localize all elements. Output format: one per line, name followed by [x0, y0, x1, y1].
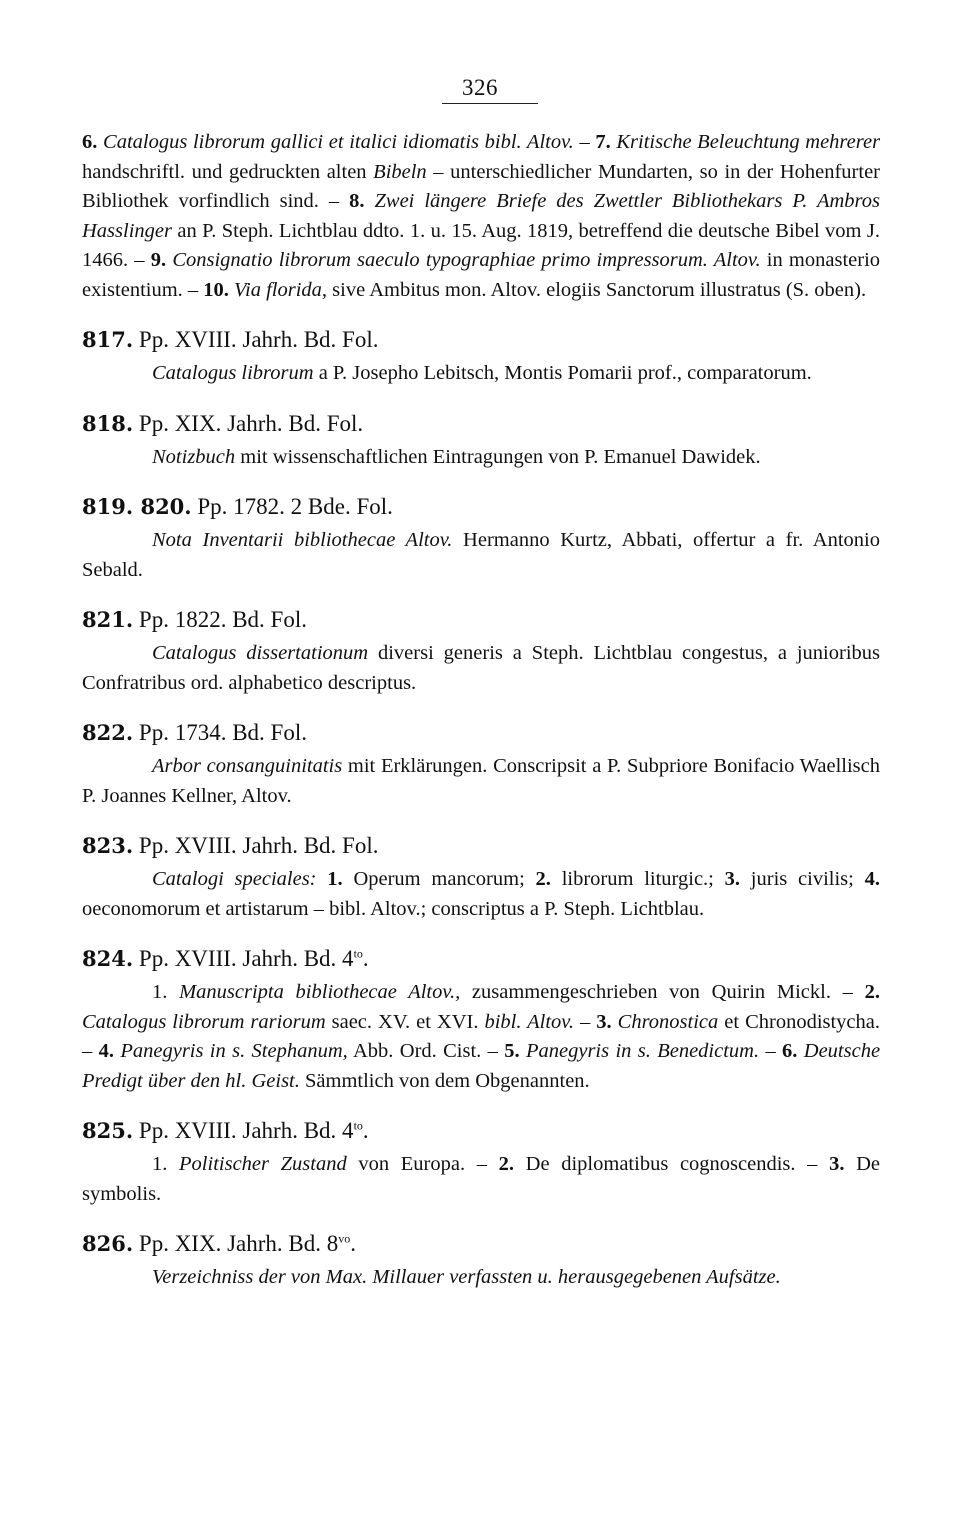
text-run: Sämmtlich von dem Obgenannten.: [300, 1070, 590, 1092]
entry-number: 819. 820.: [82, 494, 192, 519]
entry-body: Nota Inventarii bibliothecae Altov. Herm…: [82, 526, 880, 585]
entry-body: Catalogi speciales: 1. Operum mancorum; …: [82, 865, 880, 924]
entry-heading: 823. Pp. XVIII. Jahrh. Bd. Fol.: [82, 829, 880, 863]
entry-number: 825.: [82, 1118, 133, 1143]
italic-title: Catalogus librorum: [152, 362, 314, 384]
text-run: saec. XV. et XVI.: [326, 1011, 485, 1033]
text-run: 1.: [152, 1153, 179, 1175]
text-run: librorum liturgic.;: [551, 868, 725, 890]
item-number: 4.: [865, 868, 880, 890]
entry-body: 1. Politischer Zustand von Europa. – 2. …: [82, 1150, 880, 1209]
item-number: 3.: [829, 1153, 844, 1175]
entry-number: 822.: [82, 720, 133, 745]
entry-body: Verzeichniss der von Max. Millauer verfa…: [82, 1263, 880, 1293]
format-superscript: vo: [338, 1231, 350, 1245]
entry-number: 826.: [82, 1231, 133, 1256]
italic-title: Verzeichniss der von Max. Millauer verfa…: [152, 1266, 781, 1288]
item-number: 6.: [82, 131, 103, 153]
text-run: Operum mancorum;: [343, 868, 536, 890]
italic-title: Chronostica: [618, 1011, 719, 1033]
item-number: 10.: [203, 279, 234, 301]
item-number: 8.: [349, 190, 374, 212]
entry-heading: 817. Pp. XVIII. Jahrh. Bd. Fol.: [82, 323, 880, 357]
entry-number: 824.: [82, 946, 133, 971]
entry-heading: 826. Pp. XIX. Jahrh. Bd. 8vo.: [82, 1227, 880, 1261]
text-run: handschriftl. und gedruckten alten: [82, 161, 373, 183]
item-number: 3.: [596, 1011, 611, 1033]
entry-description: Pp. XVIII. Jahrh. Bd. 4: [133, 1118, 353, 1143]
entry-heading: 822. Pp. 1734. Bd. Fol.: [82, 716, 880, 750]
entry-description: Pp. XIX. Jahrh. Bd. 8: [133, 1231, 338, 1256]
text-run: Abb. Ord. Cist. –: [348, 1040, 504, 1062]
entry-description: Pp. XVIII. Jahrh. Bd. Fol.: [133, 327, 378, 352]
text-run: –: [574, 131, 596, 153]
page-number: 326: [0, 75, 960, 101]
italic-title: bibl. Altov.: [484, 1011, 574, 1033]
entry-heading: 825. Pp. XVIII. Jahrh. Bd. 4to.: [82, 1114, 880, 1148]
italic-title: Panegyris in s. Benedictum.: [526, 1040, 759, 1062]
italic-title: Catalogus librorum gallici et italici id…: [103, 131, 574, 153]
italic-title: Kritische Beleuchtung mehrerer: [616, 131, 880, 153]
entry-description: Pp. 1782. 2 Bde. Fol.: [192, 494, 393, 519]
italic-title: Arbor consanguinitatis: [152, 755, 342, 777]
entry-description: Pp. XVIII. Jahrh. Bd. 4: [133, 946, 353, 971]
catalog-entries: 817. Pp. XVIII. Jahrh. Bd. Fol.Catalogus…: [82, 323, 880, 1293]
text-run: von Europa. –: [347, 1153, 499, 1175]
italic-title: Catalogi speciales:: [152, 868, 317, 890]
item-number: 3.: [725, 868, 740, 890]
entry-body: Notizbuch mit wissenschaftlichen Eintrag…: [82, 443, 880, 473]
text-run: 1.: [152, 981, 179, 1003]
text-run: juris civilis;: [740, 868, 865, 890]
italic-title: Catalogus dissertationum: [152, 642, 368, 664]
entry-description: Pp. 1734. Bd. Fol.: [133, 720, 307, 745]
entry-number: 818.: [82, 411, 133, 436]
entry-description: Pp. XIX. Jahrh. Bd. Fol.: [133, 411, 363, 436]
continuation-paragraph: 6. Catalogus librorum gallici et italici…: [82, 128, 880, 305]
item-number: 2.: [865, 981, 880, 1003]
entry-description-tail: .: [363, 946, 369, 971]
text-run: –: [759, 1040, 782, 1062]
text-run: oeconomorum et artistarum – bibl. Altov.…: [82, 898, 704, 920]
item-number: 6.: [782, 1040, 797, 1062]
item-number: 7.: [595, 131, 616, 153]
italic-title: Politischer Zustand: [179, 1153, 347, 1175]
italic-title: Via florida,: [234, 279, 327, 301]
entry-heading: 824. Pp. XVIII. Jahrh. Bd. 4to.: [82, 942, 880, 976]
italic-title: Notizbuch: [152, 446, 235, 468]
item-number: 5.: [504, 1040, 519, 1062]
text-run: mit wissenschaftlichen Eintragungen von …: [235, 446, 760, 468]
italic-title: Nota Inventarii bibliothecae Altov.: [152, 529, 452, 551]
italic-title: Bibeln: [373, 161, 427, 183]
text-run: sive Ambitus mon. Altov. elogiis Sanctor…: [327, 279, 866, 301]
entry-body: 1. Manuscripta bibliothecae Altov., zusa…: [82, 978, 880, 1096]
page-number-rule: [442, 103, 538, 104]
page-content: 6. Catalogus librorum gallici et italici…: [82, 128, 880, 1293]
text-run: De diplomatibus cognoscendis. –: [514, 1153, 829, 1175]
entry-body: Arbor consanguinitatis mit Erklärungen. …: [82, 752, 880, 811]
entry-number: 817.: [82, 327, 133, 352]
entry-body: Catalogus librorum a P. Josepho Lebitsch…: [82, 359, 880, 389]
entry-description: Pp. 1822. Bd. Fol.: [133, 607, 307, 632]
text-run: a P. Josepho Lebitsch, Montis Pomarii pr…: [314, 362, 812, 384]
italic-title: Manuscripta bibliothecae Altov.,: [179, 981, 460, 1003]
italic-title: Consignatio librorum saeculo typographia…: [172, 249, 760, 271]
entry-heading: 819. 820. Pp. 1782. 2 Bde. Fol.: [82, 490, 880, 524]
entry-heading: 821. Pp. 1822. Bd. Fol.: [82, 603, 880, 637]
text-run: [317, 868, 328, 890]
text-run: zusammengeschrieben von Quirin Mickl. –: [460, 981, 864, 1003]
entry-number: 823.: [82, 833, 133, 858]
italic-title: Catalogus librorum rariorum: [82, 1011, 326, 1033]
item-number: 2.: [499, 1153, 514, 1175]
entry-description-tail: .: [350, 1231, 356, 1256]
item-number: 4.: [99, 1040, 114, 1062]
italic-title: Panegyris in s. Stephanum,: [120, 1040, 347, 1062]
text-run: –: [574, 1011, 596, 1033]
entry-body: Catalogus dissertationum diversi generis…: [82, 639, 880, 698]
format-superscript: to: [354, 946, 363, 960]
item-number: 1.: [327, 868, 342, 890]
entry-number: 821.: [82, 607, 133, 632]
item-number: 9.: [151, 249, 173, 271]
format-superscript: to: [354, 1118, 363, 1132]
entry-heading: 818. Pp. XIX. Jahrh. Bd. Fol.: [82, 407, 880, 441]
entry-description-tail: .: [363, 1118, 369, 1143]
entry-description: Pp. XVIII. Jahrh. Bd. Fol.: [133, 833, 378, 858]
item-number: 2.: [536, 868, 551, 890]
